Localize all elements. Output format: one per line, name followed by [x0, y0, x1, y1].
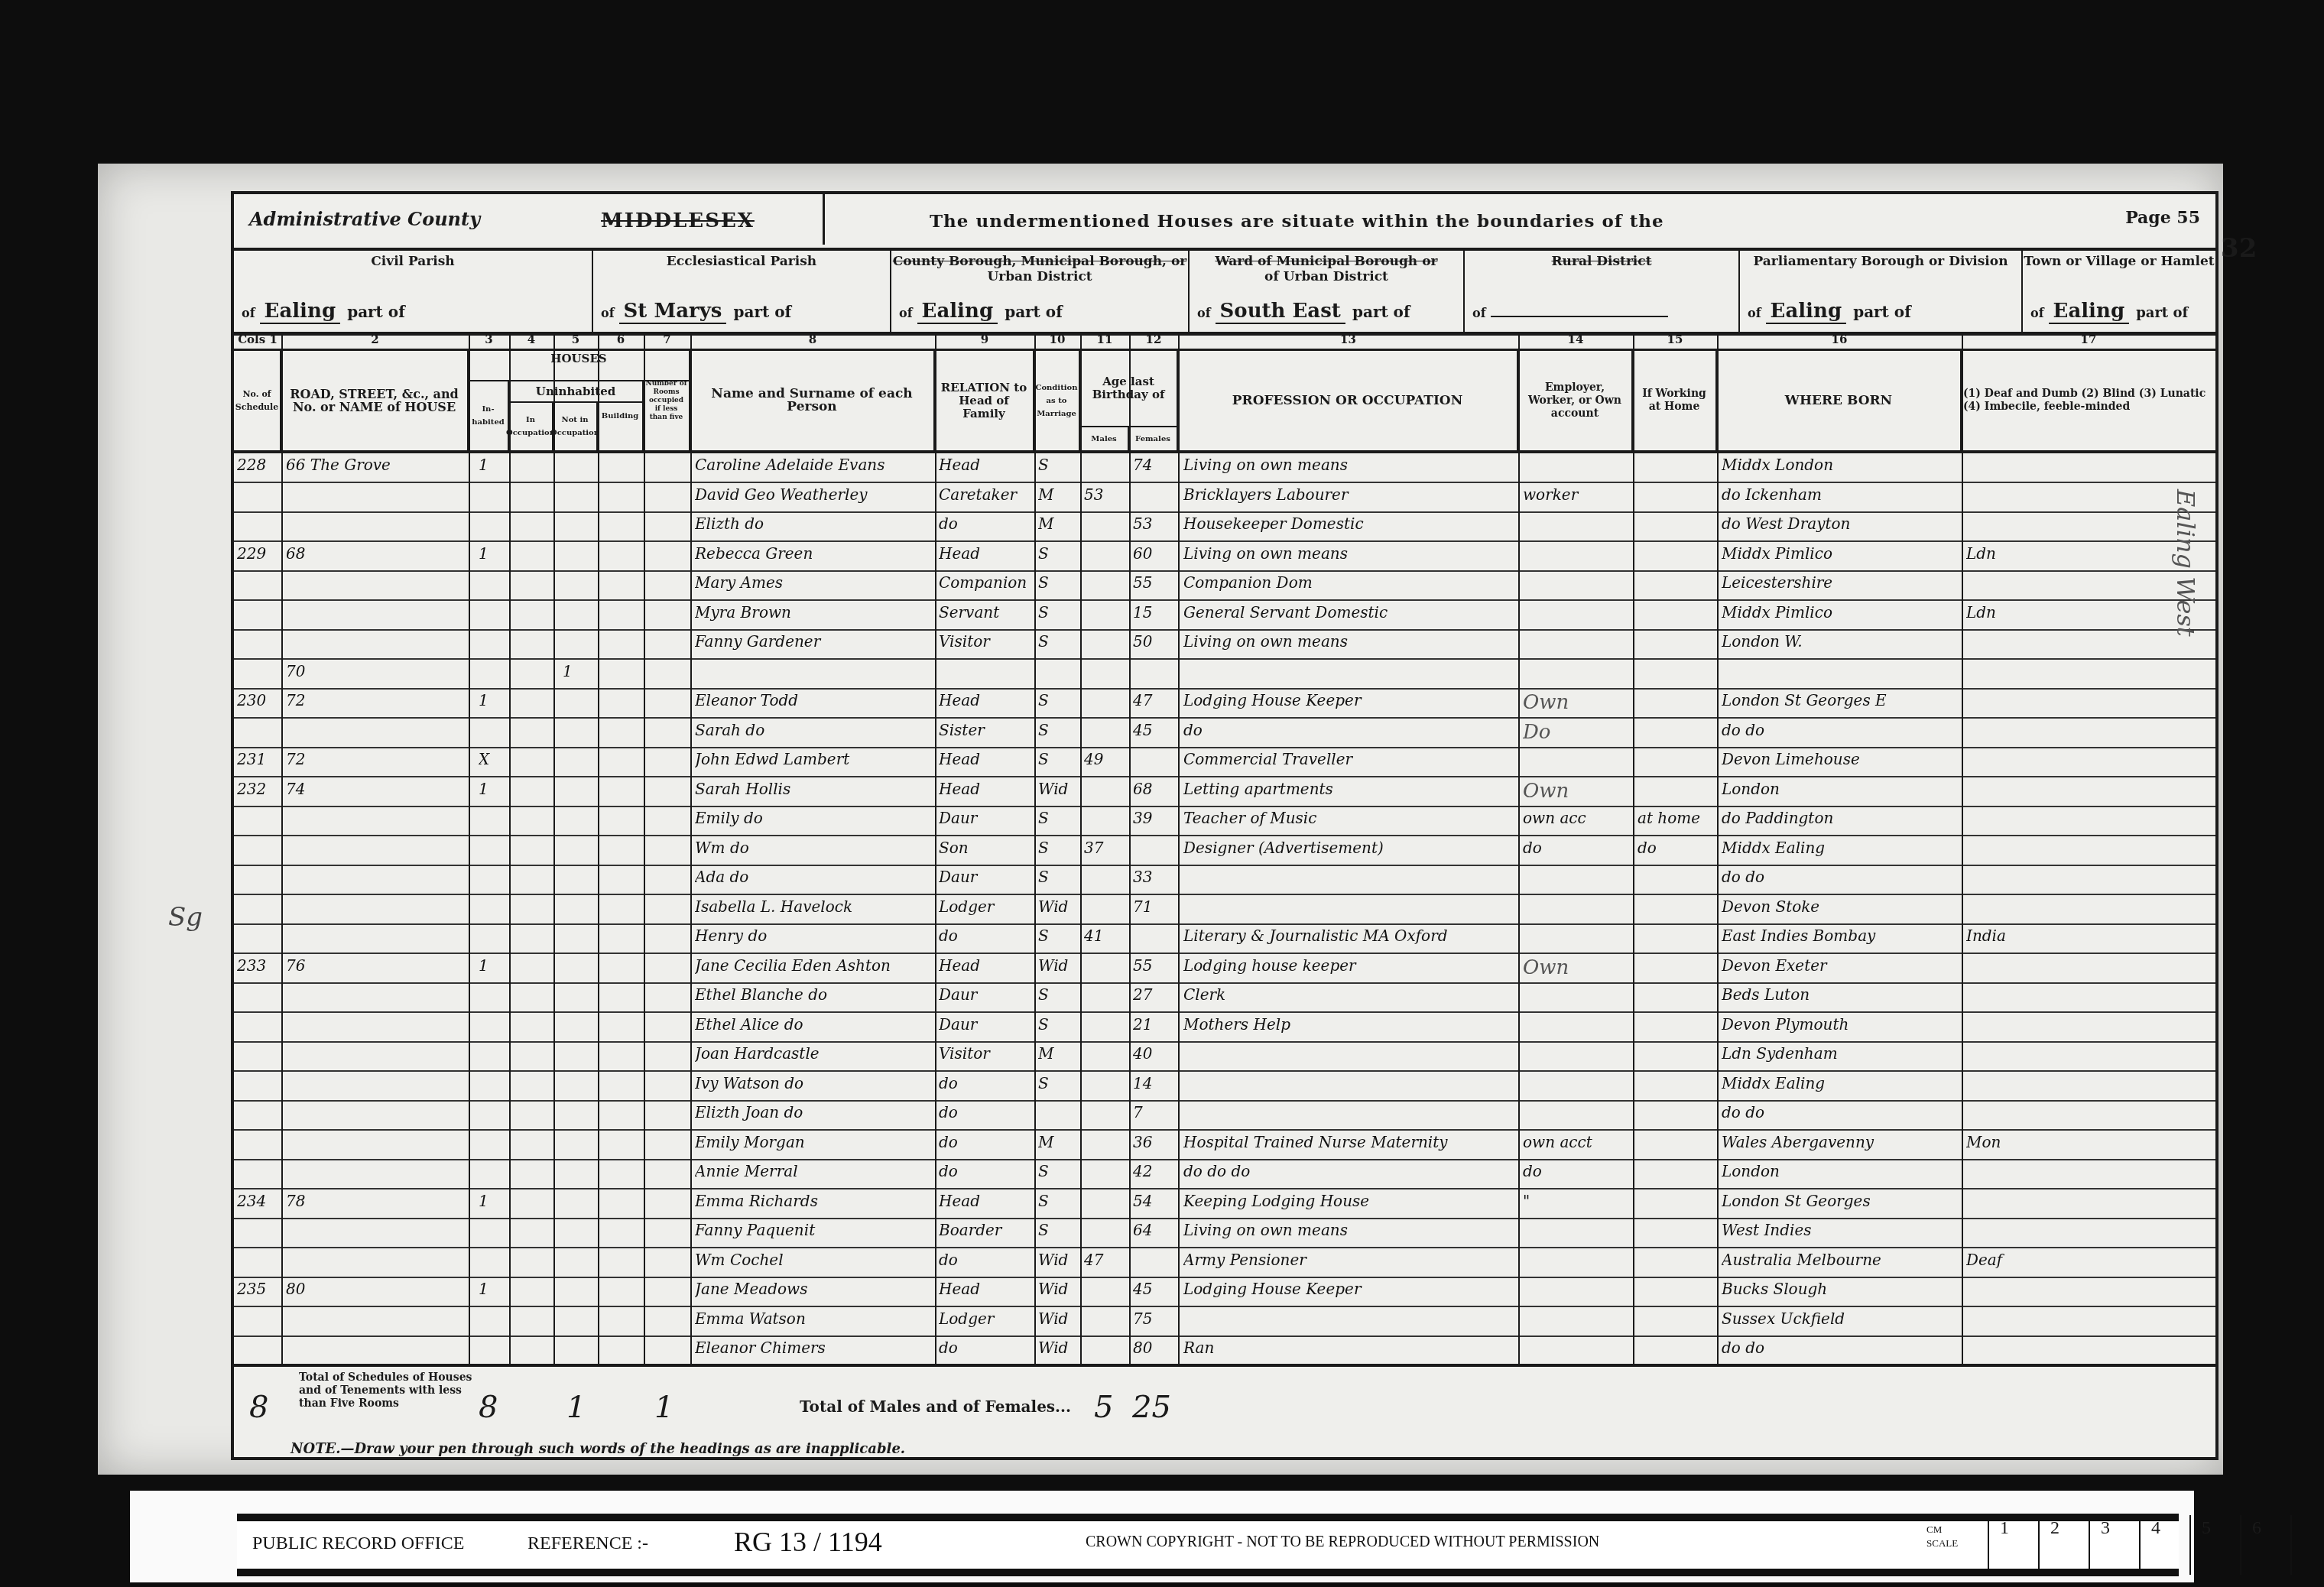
cell-street: 70	[286, 662, 466, 686]
parliamentary-value: Ealing	[1766, 300, 1847, 324]
cell-nocc	[563, 485, 593, 510]
cell-nocc	[563, 1162, 593, 1186]
cell-sched	[237, 603, 280, 628]
cell-inh	[479, 897, 506, 922]
cell-rel: Lodger	[939, 1310, 1032, 1334]
cell-uninh	[517, 839, 547, 863]
table-row: 23172XJohn Edwd LambertHeadS49Commercial…	[234, 747, 2215, 777]
cell-name: Emma Richards	[695, 1192, 932, 1216]
footer-scale-label: CM SCALE	[1926, 1523, 1972, 1550]
cell-emp	[1523, 897, 1630, 922]
cm-scale: 123456	[1988, 1515, 2324, 1575]
cell-female	[1133, 750, 1176, 774]
cell-male	[1084, 956, 1127, 981]
cell-female: 80	[1133, 1339, 1176, 1363]
column-number: 14	[1518, 333, 1633, 346]
table-row: 22866 The Grove1Caroline Adelaide EvansH…	[234, 453, 2215, 483]
cell-male	[1084, 514, 1127, 539]
cell-female: 15	[1133, 603, 1176, 628]
cell-sched	[237, 1339, 280, 1363]
footer-reference: RG 13 / 1194	[734, 1526, 882, 1558]
table-row: Wm CocheldoWid47Army PensionerAustralia …	[234, 1248, 2215, 1278]
table-row: Myra BrownServantS15General Servant Dome…	[234, 600, 2215, 631]
cell-emp	[1523, 1221, 1630, 1245]
column-headings: No. of Schedule ROAD, STREET, &c., and N…	[234, 351, 2215, 453]
column-rule	[1717, 332, 1719, 1365]
cell-sched	[237, 721, 280, 745]
cell-emp	[1523, 544, 1630, 569]
cell-infirm	[1966, 1280, 2211, 1304]
cell-home	[1638, 750, 1714, 774]
cell-nocc	[563, 868, 593, 892]
cell-female: 74	[1133, 456, 1176, 480]
cell-female	[1133, 839, 1176, 863]
cell-nocc	[563, 1251, 593, 1275]
table-row: Ethel Blanche doDaurS27ClerkBeds Luton	[234, 982, 2215, 1013]
totals-uninhabited: 1	[566, 1390, 586, 1425]
cell-street	[286, 809, 466, 833]
cell-sched	[237, 1015, 280, 1040]
cell-rel: Sister	[939, 721, 1032, 745]
cell-inh	[479, 927, 506, 951]
table-row: 229681Rebecca GreenHeadS60Living on own …	[234, 541, 2215, 572]
col-males: Males	[1080, 427, 1129, 450]
cell-emp	[1523, 1310, 1630, 1334]
cell-street	[286, 1133, 466, 1157]
cell-cond: M	[1038, 514, 1078, 539]
cell-born: Wales Abergavenny	[1722, 1133, 1959, 1157]
cell-name: Elizth do	[695, 514, 932, 539]
col-schedule: No. of Schedule	[234, 351, 281, 450]
cell-cond: S	[1038, 1192, 1078, 1216]
cell-occ: Letting apartments	[1183, 780, 1516, 804]
cell-uninh	[517, 721, 547, 745]
cell-cond: Wid	[1038, 780, 1078, 804]
cell-cond: S	[1038, 985, 1078, 1010]
cell-rel: Head	[939, 750, 1032, 774]
cell-female: 71	[1133, 897, 1176, 922]
cell-occ: Lodging House Keeper	[1183, 691, 1516, 716]
cell-sched	[237, 1251, 280, 1275]
col-inhabited: In-habited	[469, 381, 509, 450]
cell-infirm	[1966, 1339, 2211, 1363]
cell-street: 80	[286, 1280, 466, 1304]
admin-county-box: Administrative County MIDDLESEX	[234, 194, 825, 245]
scale-mark: 2	[2038, 1515, 2089, 1575]
column-number: 2	[281, 333, 469, 346]
cell-name: Sarah Hollis	[695, 780, 932, 804]
cell-uninh	[517, 573, 547, 598]
cell-uninh	[517, 456, 547, 480]
column-rule	[469, 332, 470, 1365]
cell-infirm	[1966, 1074, 2211, 1099]
cell-street	[286, 603, 466, 628]
cell-street	[286, 1074, 466, 1099]
cell-inh	[479, 1339, 506, 1363]
column-number: 9	[935, 333, 1034, 346]
cell-inh	[479, 1221, 506, 1245]
cell-male: 47	[1084, 1251, 1127, 1275]
cell-emp: own acct	[1523, 1133, 1630, 1157]
table-row: Annie MerraldoS42do do dodoLondon	[234, 1159, 2215, 1189]
cell-born: London W.	[1722, 632, 1959, 657]
cell-female: 68	[1133, 780, 1176, 804]
header-top: Administrative County MIDDLESEX The unde…	[234, 194, 2215, 251]
cell-rel: Visitor	[939, 632, 1032, 657]
cell-inh	[479, 485, 506, 510]
totals-females: 25	[1132, 1390, 1171, 1425]
column-number: 7	[644, 333, 690, 346]
cell-name: Ethel Alice do	[695, 1015, 932, 1040]
cell-infirm	[1966, 691, 2211, 716]
cell-street: 76	[286, 956, 466, 981]
cell-nocc	[563, 1280, 593, 1304]
cell-rel: Head	[939, 1280, 1032, 1304]
col-at-home: If Working at Home	[1633, 351, 1717, 450]
urban-district-value: Ealing	[917, 300, 998, 324]
cell-inh	[479, 1251, 506, 1275]
cell-female	[1133, 927, 1176, 951]
cell-uninh	[517, 514, 547, 539]
cell-rel: Son	[939, 839, 1032, 863]
cell-rel: Head	[939, 780, 1032, 804]
cell-cond: S	[1038, 839, 1078, 863]
cell-rel: do	[939, 1133, 1032, 1157]
cell-female: 39	[1133, 809, 1176, 833]
cell-cond: S	[1038, 544, 1078, 569]
cell-female: 40	[1133, 1044, 1176, 1069]
cell-uninh	[517, 1162, 547, 1186]
cell-cond: M	[1038, 1044, 1078, 1069]
table-row: 701	[234, 659, 2215, 690]
cell-sched: 232	[237, 780, 280, 804]
cell-infirm	[1966, 721, 2211, 745]
col-name: Name and Surname of each Person	[690, 351, 935, 450]
table-row: Henry dodoS41Literary & Journalistic MA …	[234, 923, 2215, 954]
column-rule	[509, 332, 511, 1365]
cell-sched: 228	[237, 456, 280, 480]
cell-nocc: 1	[563, 662, 593, 686]
table-row: Ada doDaurS33do do	[234, 865, 2215, 895]
cell-male	[1084, 721, 1127, 745]
cell-inh	[479, 603, 506, 628]
cell-home	[1638, 1221, 1714, 1245]
cell-infirm	[1966, 1221, 2211, 1245]
cell-emp: Own	[1523, 956, 1630, 981]
ecclesiastical-parish: Ecclesiastical Parish ofSt Marys part of	[593, 248, 891, 332]
cell-street	[286, 839, 466, 863]
cell-rel: Companion	[939, 573, 1032, 598]
scale-mark: 4	[2139, 1515, 2189, 1575]
column-number: 15	[1633, 333, 1717, 346]
cell-rel: do	[939, 1074, 1032, 1099]
cell-cond: S	[1038, 456, 1078, 480]
cell-home	[1638, 1280, 1714, 1304]
cell-street	[286, 897, 466, 922]
cell-rel: Daur	[939, 1015, 1032, 1040]
cell-sched	[237, 1074, 280, 1099]
cell-born: do do	[1722, 1103, 1959, 1128]
cell-born: Devon Exeter	[1722, 956, 1959, 981]
cell-male	[1084, 1339, 1127, 1363]
column-rule	[1962, 332, 1963, 1365]
column-rule	[1518, 332, 1520, 1365]
cell-inh: 1	[479, 544, 506, 569]
column-number: 10	[1034, 333, 1080, 346]
cell-infirm	[1966, 1103, 2211, 1128]
folio-number: 32	[2221, 233, 2257, 264]
cell-nocc	[563, 839, 593, 863]
cell-occ: Living on own means	[1183, 632, 1516, 657]
cell-name: Annie Merral	[695, 1162, 932, 1186]
cell-street: 66 The Grove	[286, 456, 466, 480]
column-rule	[935, 332, 936, 1365]
cell-nocc	[563, 721, 593, 745]
cell-inh	[479, 985, 506, 1010]
cell-born: do do	[1722, 1339, 1959, 1363]
cell-male	[1084, 1310, 1127, 1334]
cell-inh	[479, 1162, 506, 1186]
cell-emp	[1523, 1339, 1630, 1363]
totals-inhabited: 8	[479, 1390, 498, 1425]
cell-emp	[1523, 927, 1630, 951]
footnote: NOTE.—Draw your pen through such words o…	[290, 1441, 905, 1457]
cell-name: Rebecca Green	[695, 544, 932, 569]
cell-male	[1084, 1103, 1127, 1128]
cell-male: 41	[1084, 927, 1127, 951]
cell-cond: Wid	[1038, 1251, 1078, 1275]
col-relation: RELATION to Head of Family	[935, 351, 1034, 450]
cell-rel: Head	[939, 1192, 1032, 1216]
table-row: David Geo WeatherleyCaretakerM53Bricklay…	[234, 482, 2215, 513]
cell-sched	[237, 1103, 280, 1128]
table-row: Emily doDaurS39Teacher of Musicown accat…	[234, 806, 2215, 836]
cell-home	[1638, 985, 1714, 1010]
cell-male	[1084, 456, 1127, 480]
cell-uninh	[517, 691, 547, 716]
ward: Ward of Municipal Borough orof Urban Dis…	[1190, 248, 1465, 332]
cell-male	[1084, 662, 1127, 686]
cell-sched: 230	[237, 691, 280, 716]
cell-female: 36	[1133, 1133, 1176, 1157]
cell-occ: Clerk	[1183, 985, 1516, 1010]
cell-male	[1084, 573, 1127, 598]
cell-uninh	[517, 1251, 547, 1275]
cell-emp: do	[1523, 839, 1630, 863]
cell-uninh	[517, 1310, 547, 1334]
cell-occ: do do do	[1183, 1162, 1516, 1186]
cell-infirm	[1966, 897, 2211, 922]
cell-cond: S	[1038, 721, 1078, 745]
cell-nocc	[563, 809, 593, 833]
cell-female: 42	[1133, 1162, 1176, 1186]
cell-home	[1638, 691, 1714, 716]
cell-nocc	[563, 1339, 593, 1363]
cell-uninh	[517, 1015, 547, 1040]
cell-name: Wm Cochel	[695, 1251, 932, 1275]
cell-born: Devon Plymouth	[1722, 1015, 1959, 1040]
cell-inh	[479, 1015, 506, 1040]
cell-home	[1638, 1015, 1714, 1040]
scale-mark: 3	[2089, 1515, 2139, 1575]
cell-occ: Mothers Help	[1183, 1015, 1516, 1040]
cell-home	[1638, 603, 1714, 628]
cell-female: 50	[1133, 632, 1176, 657]
cell-nocc	[563, 1192, 593, 1216]
cell-sched	[237, 1133, 280, 1157]
cell-cond: M	[1038, 485, 1078, 510]
cell-uninh	[517, 1221, 547, 1245]
cell-home	[1638, 1133, 1714, 1157]
cell-street	[286, 1044, 466, 1069]
cell-occ	[1183, 897, 1516, 922]
cell-rel: do	[939, 1103, 1032, 1128]
cell-male	[1084, 897, 1127, 922]
cell-occ: Living on own means	[1183, 456, 1516, 480]
cell-born: Beds Luton	[1722, 985, 1959, 1010]
column-number: 8	[690, 333, 935, 346]
cell-name: Eleanor Todd	[695, 691, 932, 716]
column-rule	[690, 332, 692, 1365]
cell-cond: S	[1038, 750, 1078, 774]
footer-copyright: CROWN COPYRIGHT - NOT TO BE REPRODUCED W…	[1086, 1533, 1599, 1551]
cell-infirm	[1966, 662, 2211, 686]
col-females: Females	[1129, 427, 1178, 450]
cell-rel: Head	[939, 956, 1032, 981]
cell-home	[1638, 456, 1714, 480]
table-row: Ivy Watson dodoS14Middx Ealing	[234, 1071, 2215, 1102]
cell-name: John Edwd Lambert	[695, 750, 932, 774]
cell-born: do do	[1722, 868, 1959, 892]
cell-infirm	[1966, 1192, 2211, 1216]
cell-cond: S	[1038, 632, 1078, 657]
cell-born: do Ickenham	[1722, 485, 1959, 510]
cell-female: 7	[1133, 1103, 1176, 1128]
cell-female	[1133, 485, 1176, 510]
cell-emp	[1523, 868, 1630, 892]
cell-infirm	[1966, 780, 2211, 804]
cell-emp: Do	[1523, 721, 1630, 745]
cell-nocc	[563, 927, 593, 951]
cell-street: 72	[286, 691, 466, 716]
cell-nocc	[563, 1015, 593, 1040]
cell-male	[1084, 1192, 1127, 1216]
cell-infirm: Mon	[1966, 1133, 2211, 1157]
cell-nocc	[563, 1074, 593, 1099]
cell-name: Ivy Watson do	[695, 1074, 932, 1099]
intro-text: The undermentioned Houses are situate wi…	[930, 211, 1664, 232]
cell-inh: 1	[479, 456, 506, 480]
totals-schedules-label: Total of Schedules of Houses and of Tene…	[299, 1371, 475, 1410]
cell-female: 33	[1133, 868, 1176, 892]
cell-home	[1638, 662, 1714, 686]
cell-emp: "	[1523, 1192, 1630, 1216]
cell-uninh	[517, 1074, 547, 1099]
cell-home	[1638, 956, 1714, 981]
cell-infirm	[1966, 1162, 2211, 1186]
cell-uninh	[517, 809, 547, 833]
totals-rooms: 1	[654, 1390, 674, 1425]
parliamentary-borough: Parliamentary Borough or Division ofEali…	[1740, 248, 2023, 332]
cell-infirm	[1966, 956, 2211, 981]
column-number: 16	[1717, 333, 1962, 346]
cell-nocc	[563, 897, 593, 922]
cell-street	[286, 927, 466, 951]
cell-uninh	[517, 1044, 547, 1069]
cell-nocc	[563, 1133, 593, 1157]
cell-rel: Daur	[939, 985, 1032, 1010]
col-street: ROAD, STREET, &c., and No. or NAME of HO…	[281, 351, 469, 450]
cell-street	[286, 485, 466, 510]
cell-uninh	[517, 927, 547, 951]
cell-home	[1638, 927, 1714, 951]
cell-inh	[479, 1103, 506, 1128]
cell-female: 14	[1133, 1074, 1176, 1099]
cell-occ: Bricklayers Labourer	[1183, 485, 1516, 510]
totals-schedules-count: 8	[249, 1390, 268, 1425]
footer-office: PUBLIC RECORD OFFICE	[252, 1533, 464, 1554]
cell-cond: S	[1038, 1015, 1078, 1040]
cell-rel: do	[939, 927, 1032, 951]
page-number: Page 55	[2125, 208, 2200, 228]
civil-parish: Civil Parish ofEaling part of	[234, 248, 593, 332]
column-number: 11	[1080, 333, 1129, 346]
cell-born: London St Georges	[1722, 1192, 1959, 1216]
cell-name: Jane Cecilia Eden Ashton	[695, 956, 932, 981]
column-numbers: Cols 1234567891011121314151617	[234, 332, 2215, 351]
cell-sched	[237, 514, 280, 539]
cell-male	[1084, 1221, 1127, 1245]
cell-home	[1638, 897, 1714, 922]
cell-occ: Designer (Advertisement)	[1183, 839, 1516, 863]
cell-infirm	[1966, 839, 2211, 863]
cell-uninh	[517, 1280, 547, 1304]
cell-inh	[479, 1310, 506, 1334]
cell-home	[1638, 1074, 1714, 1099]
cell-home	[1638, 1251, 1714, 1275]
cell-infirm	[1966, 809, 2211, 833]
cell-home: do	[1638, 839, 1714, 863]
cell-home	[1638, 1310, 1714, 1334]
table-row: Fanny GardenerVisitorS50Living on own me…	[234, 629, 2215, 660]
table-row: 234781Emma RichardsHeadS54Keeping Lodgin…	[234, 1189, 2215, 1219]
cell-emp	[1523, 1251, 1630, 1275]
cell-street	[286, 1162, 466, 1186]
table-row: Elizth Joan dodo7do do	[234, 1100, 2215, 1131]
col-where-born: WHERE BORN	[1717, 351, 1962, 450]
cell-home	[1638, 1339, 1714, 1363]
cell-street: 68	[286, 544, 466, 569]
cell-name: Caroline Adelaide Evans	[695, 456, 932, 480]
cell-uninh	[517, 985, 547, 1010]
cell-occ: Hospital Trained Nurse Maternity	[1183, 1133, 1516, 1157]
col-in-occupation: In Occupation	[509, 403, 553, 450]
cell-inh	[479, 809, 506, 833]
cell-cond: S	[1038, 691, 1078, 716]
scale-mark: 5	[2189, 1515, 2240, 1575]
cell-nocc	[563, 544, 593, 569]
cell-male	[1084, 603, 1127, 628]
cell-nocc	[563, 750, 593, 774]
cell-cond: S	[1038, 809, 1078, 833]
cell-infirm: Deaf	[1966, 1251, 2211, 1275]
margin-note-left: Sg	[168, 902, 203, 933]
cell-nocc	[563, 691, 593, 716]
cell-born: London	[1722, 780, 1959, 804]
cell-name: Henry do	[695, 927, 932, 951]
ward-value: South East	[1216, 300, 1345, 324]
cell-cond: Wid	[1038, 1280, 1078, 1304]
